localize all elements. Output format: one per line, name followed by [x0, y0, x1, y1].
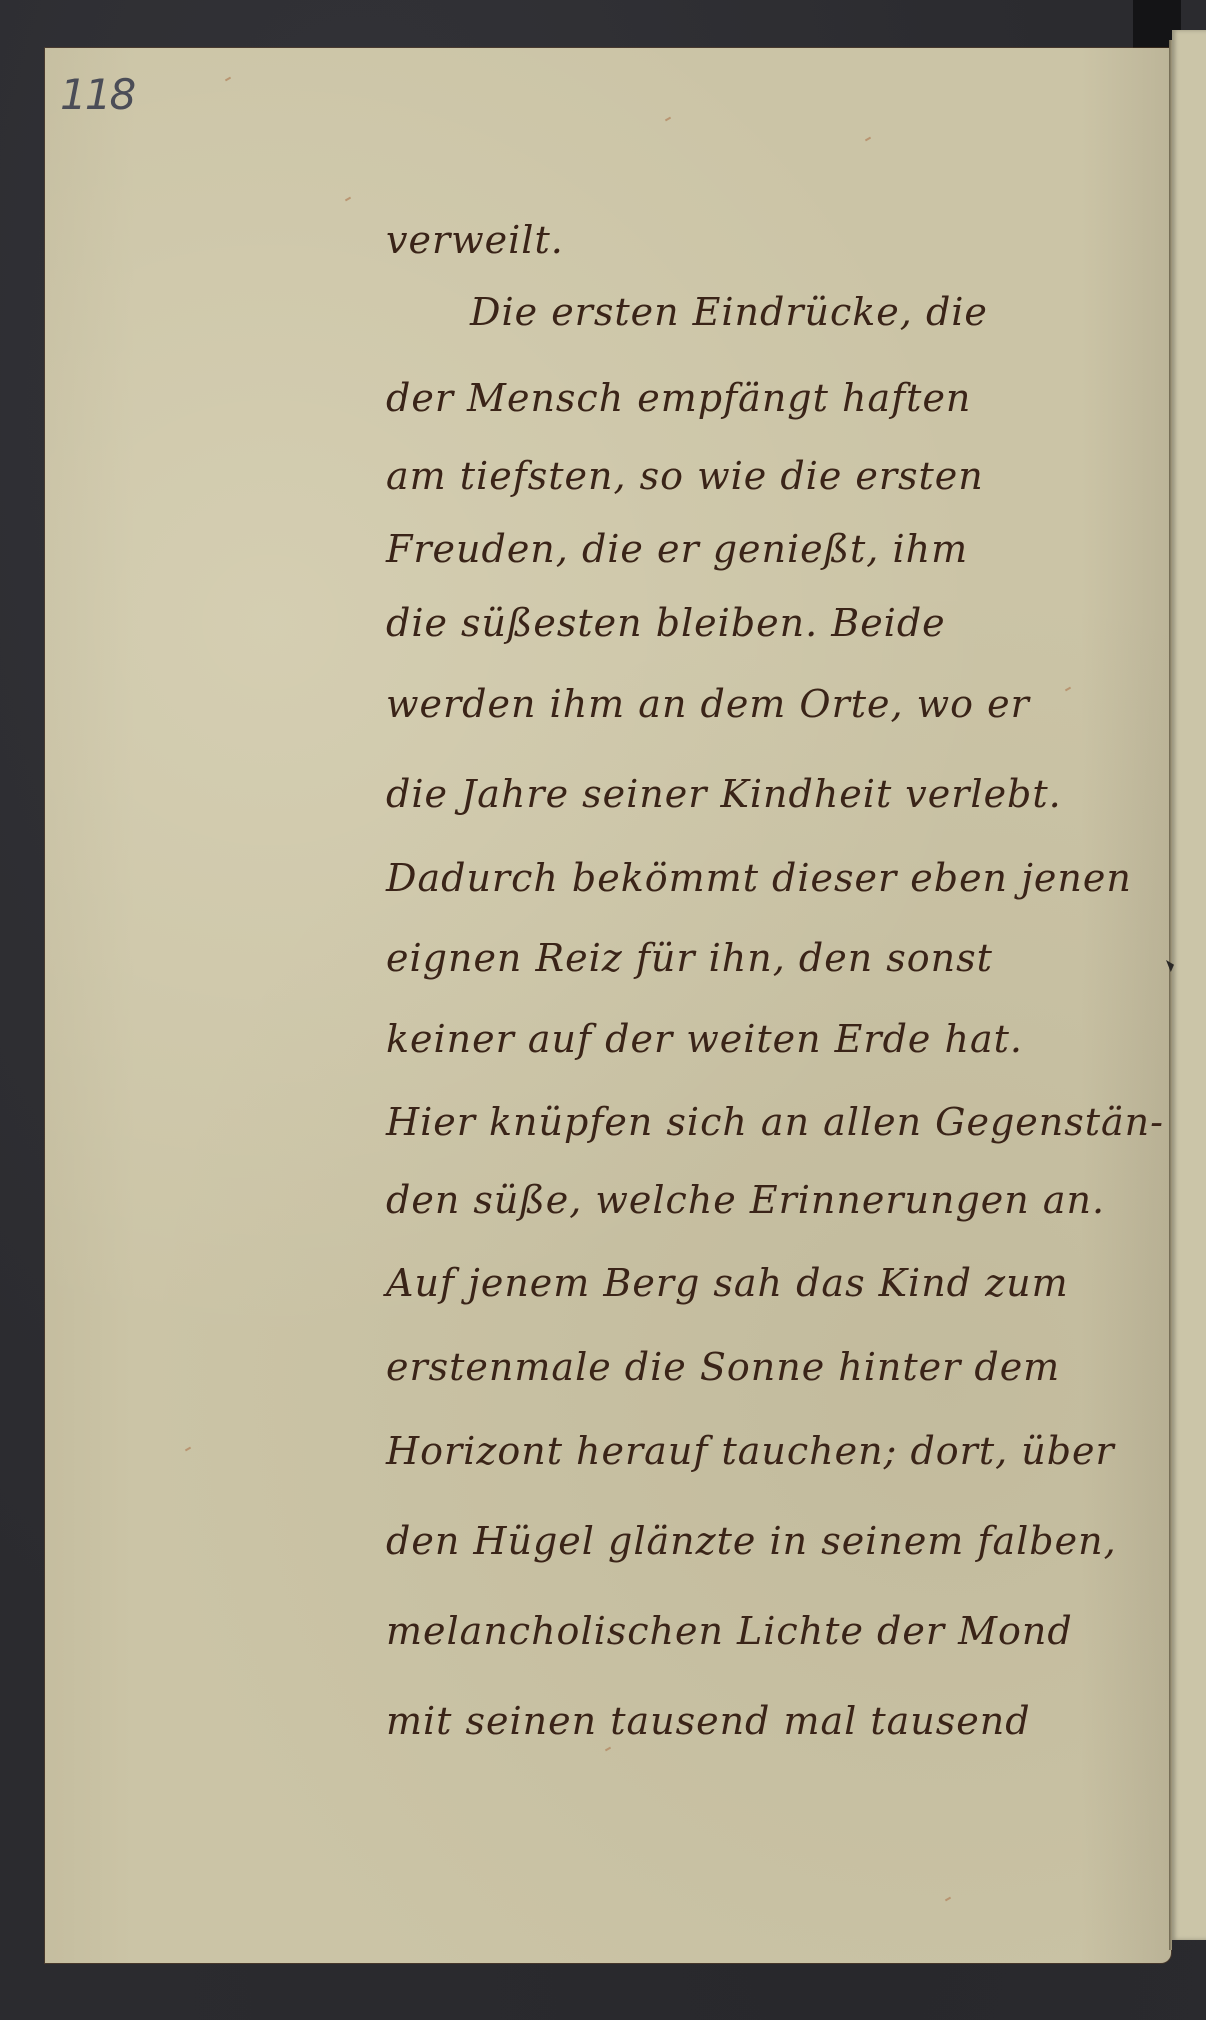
- manuscript-page: [45, 48, 1171, 1963]
- text-line: Hier knüpfen sich an allen Gegenstän-: [386, 1100, 1164, 1144]
- text-line: mit seinen tausend mal tausend: [386, 1699, 1031, 1743]
- text-line: melancholischen Lichte der Mond: [386, 1609, 1073, 1653]
- facing-page-edge: [1172, 30, 1206, 1940]
- text-line: eignen Reiz für ihn, den sonst: [386, 936, 993, 980]
- text-line: Dadurch bekömmt dieser eben jenen: [386, 856, 1132, 900]
- text-line: die Jahre seiner Kindheit verlebt.: [386, 772, 1062, 816]
- text-line: den süße, welche Erinnerungen an.: [386, 1178, 1105, 1222]
- text-line: Freuden, die er genießt, ihm: [386, 527, 968, 571]
- text-line: der Mensch empfängt haften: [386, 376, 971, 420]
- text-line: Horizont herauf tauchen; dort, über: [386, 1429, 1115, 1473]
- page-fold: [1169, 40, 1172, 1950]
- text-line: am tiefsten, so wie die ersten: [386, 454, 984, 498]
- text-line: verweilt.: [386, 218, 564, 262]
- text-line: keiner auf der weiten Erde hat.: [386, 1017, 1023, 1061]
- folio-number: 118: [60, 70, 134, 119]
- text-line: Auf jenem Berg sah das Kind zum: [386, 1261, 1069, 1305]
- text-line: den Hügel glänzte in seinem falben,: [386, 1519, 1117, 1563]
- text-line: werden ihm an dem Orte, wo er: [386, 682, 1030, 726]
- text-line: die süßesten bleiben. Beide: [386, 601, 946, 645]
- text-line: Die ersten Eindrücke, die: [470, 290, 988, 334]
- text-line: erstenmale die Sonne hinter dem: [386, 1345, 1060, 1389]
